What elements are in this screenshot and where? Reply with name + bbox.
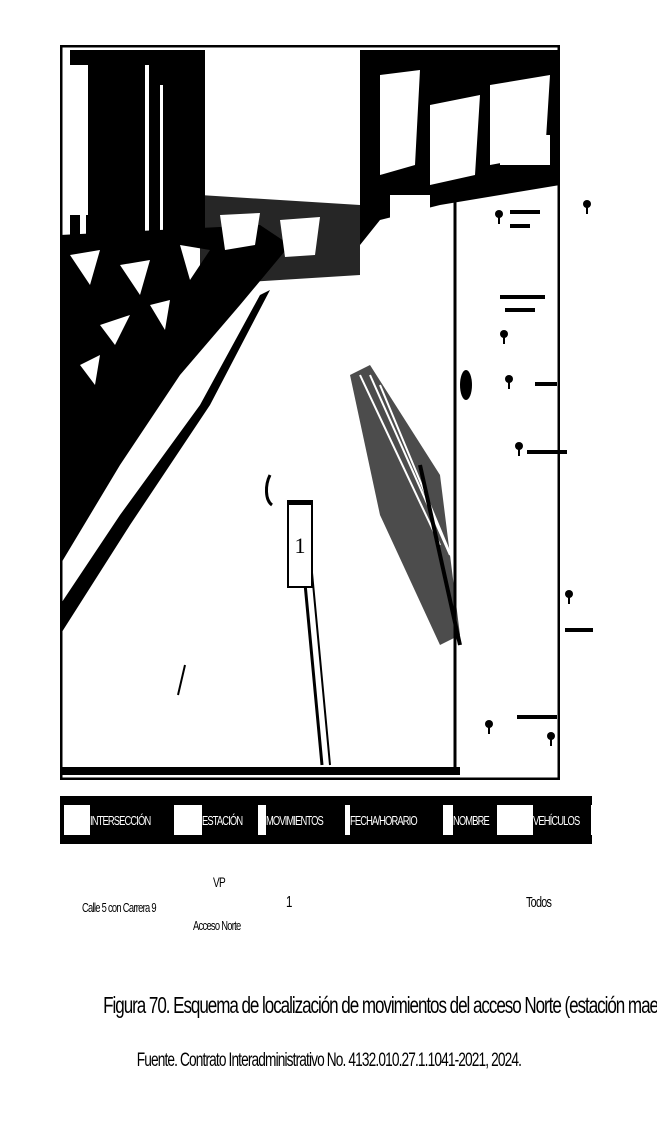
- movement-label-text: 1: [295, 533, 306, 559]
- cell-movimientos: 1: [286, 894, 292, 912]
- map-label: [510, 210, 540, 214]
- header-fecha-horario: FECHA/HORARIO: [350, 796, 443, 844]
- map-pin-icon: [515, 442, 523, 456]
- map-pin-icon: [500, 330, 508, 344]
- figure-source-text: Fuente. Contrato Interadministrativo No.…: [136, 1050, 520, 1072]
- map-label: [517, 715, 557, 719]
- map-label: [527, 450, 567, 454]
- header-spacer: [258, 805, 266, 835]
- header-label: VEHÍCULOS: [533, 813, 579, 828]
- map-label: [500, 295, 545, 299]
- header-label: INTERSECCIÓN: [90, 813, 150, 828]
- header-label: FECHA/HORARIO: [350, 813, 417, 828]
- map-pin-icon: [485, 720, 493, 734]
- map-label: [535, 382, 557, 386]
- map-sidebar: [455, 180, 605, 780]
- header-spacer: [174, 805, 202, 835]
- cell-vehiculos: Todos: [526, 894, 551, 911]
- map-pin-icon: [583, 200, 591, 214]
- header-label: NOMBRE: [453, 813, 489, 828]
- figure-source: Fuente. Contrato Interadministrativo No.…: [0, 1050, 657, 1072]
- header-estacion: ESTACIÓN: [202, 796, 258, 844]
- figure-caption-text: Figura 70. Esquema de localización de mo…: [103, 992, 657, 1019]
- cell-estacion-name: Acceso Norte: [193, 918, 241, 933]
- map-label: [565, 628, 593, 632]
- header-spacer: [591, 805, 613, 835]
- map-marker-icon: [460, 370, 472, 400]
- header-nombre: NOMBRE: [453, 796, 497, 844]
- header-interseccion: INTERSECCIÓN: [90, 796, 174, 844]
- map-label: [510, 224, 530, 228]
- map-label: [505, 308, 535, 312]
- table-row: Calle 5 con Carrera 9 VP Acceso Norte 1 …: [60, 862, 600, 952]
- header-spacer: [497, 805, 533, 835]
- map-pin-icon: [565, 590, 573, 604]
- header-movimientos: MOVIMIENTOS: [266, 796, 345, 844]
- header-spacer: [64, 805, 90, 835]
- header-vehiculos: VEHÍCULOS: [533, 796, 591, 844]
- movement-label-1: 1: [287, 500, 313, 588]
- figure-caption: Figura 70. Esquema de localización de mo…: [0, 992, 657, 1019]
- map-pin-icon: [547, 732, 555, 746]
- cell-interseccion: Calle 5 con Carrera 9: [82, 900, 156, 915]
- cell-estacion-code: VP: [213, 874, 225, 890]
- header-label: ESTACIÓN: [202, 813, 242, 828]
- header-spacer: [443, 805, 453, 835]
- map-pin-icon: [505, 375, 513, 389]
- map-pin-icon: [495, 210, 503, 224]
- header-label: MOVIMIENTOS: [266, 813, 323, 828]
- table-header: INTERSECCIÓN ESTACIÓN MOVIMIENTOS FECHA/…: [60, 796, 592, 844]
